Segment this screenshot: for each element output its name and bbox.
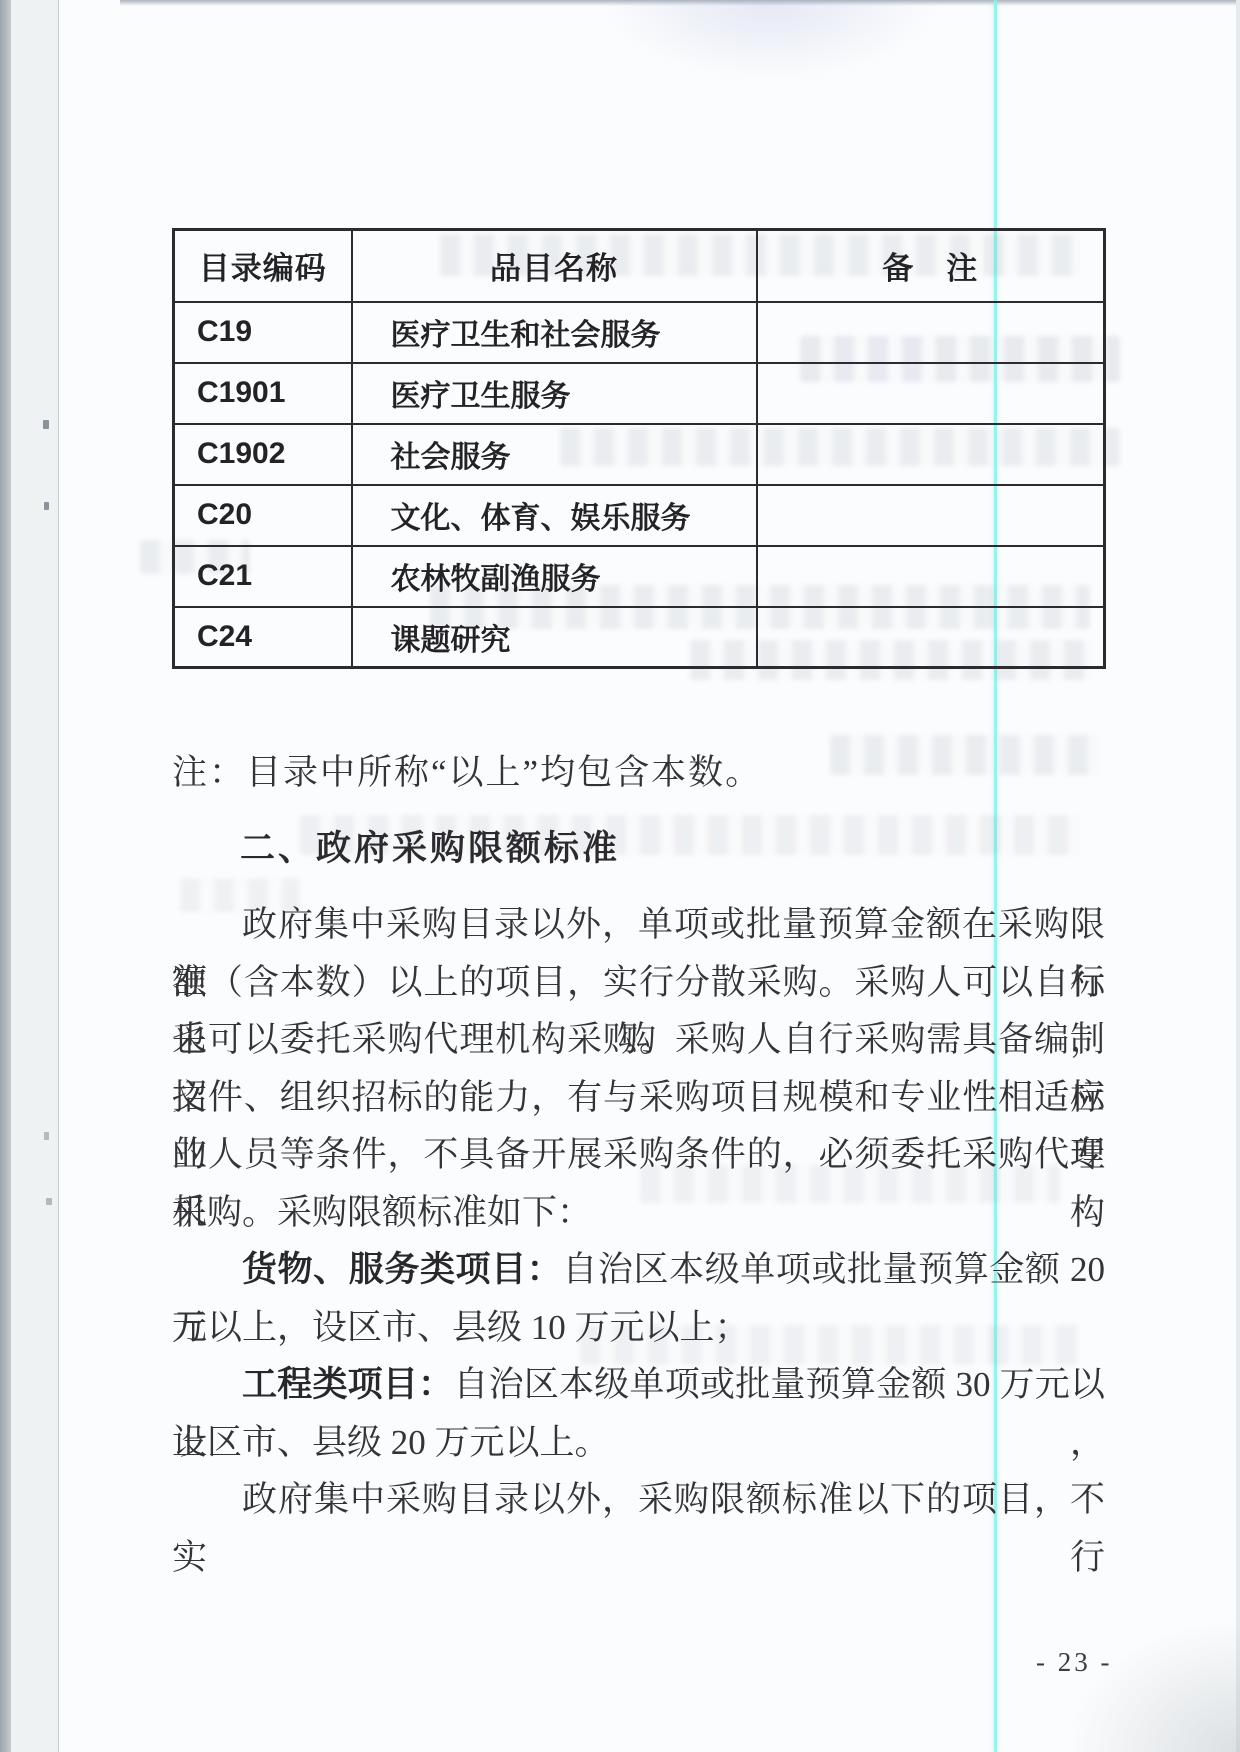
table-row: C21 农林牧副渔服务 (174, 546, 1105, 607)
table-row: C19 医疗卫生和社会服务 (174, 302, 1105, 363)
cell-name: 农林牧副渔服务 (352, 546, 757, 607)
cell-note (757, 546, 1105, 607)
table-row: C1901 医疗卫生服务 (174, 363, 1105, 424)
cell-code: C19 (174, 302, 352, 363)
cell-name: 课题研究 (352, 607, 757, 668)
text-line: 政府集中采购目录以外，采购限额标准以下的项目，不实行 (172, 1471, 1105, 1529)
text-line: 政府集中采购目录以外，单项或批量预算金额在采购限额标 (172, 896, 1105, 954)
text-line: 准（含本数）以上的项目，实行分散采购。采购人可以自行采购， (172, 954, 1105, 1012)
ink-speck (46, 1198, 52, 1205)
cell-note (757, 424, 1105, 485)
corner-shadow (1070, 1622, 1240, 1752)
top-ink-smudge (600, 0, 940, 80)
cell-note (757, 302, 1105, 363)
left-scan-edge (0, 0, 11, 1752)
bold-lead: 工程类项目： (242, 1365, 453, 1404)
cell-note (757, 485, 1105, 546)
ink-speck (43, 420, 49, 429)
cell-note (757, 363, 1105, 424)
table-row: C1902 社会服务 (174, 424, 1105, 485)
paragraph-limit-standard-intro: 政府集中采购目录以外，单项或批量预算金额在采购限额标 准（含本数）以上的项目，实… (172, 896, 1105, 1241)
ink-speck (44, 502, 49, 510)
text-line: 工程类项目：自治区本级单项或批量预算金额 30 万元以上， (172, 1356, 1105, 1414)
table-row: C24 课题研究 (174, 607, 1105, 668)
col-header-note: 备 注 (757, 230, 1105, 302)
col-header-code: 目录编码 (174, 230, 352, 302)
text-line: 业人员等条件，不具备开展采购条件的，必须委托采购代理机构 (172, 1126, 1105, 1184)
text-line: 元以上，设区市、县级 10 万元以上； (172, 1299, 1105, 1357)
cell-name: 社会服务 (352, 424, 757, 485)
paragraph-construction-limit: 工程类项目：自治区本级单项或批量预算金额 30 万元以上， 设区市、县级 20 … (172, 1356, 1105, 1471)
right-scan-edge (1236, 0, 1240, 1752)
cell-name: 医疗卫生服务 (352, 363, 757, 424)
text-line: 也可以委托采购代理机构采购。采购人自行采购需具备编制招标 (172, 1011, 1105, 1069)
cell-code: C20 (174, 485, 352, 546)
cell-code: C1902 (174, 424, 352, 485)
cell-name: 医疗卫生和社会服务 (352, 302, 757, 363)
table-row: C20 文化、体育、娱乐服务 (174, 485, 1105, 546)
col-header-name: 品目名称 (352, 230, 757, 302)
table-header-row: 目录编码 品目名称 备 注 (174, 230, 1105, 302)
paragraph-goods-services-limit: 货物、服务类项目：自治区本级单项或批量预算金额 20 万 元以上，设区市、县级 … (172, 1241, 1105, 1356)
ink-speck (44, 1132, 49, 1140)
section-heading: 二、政府采购限额标准 (240, 820, 620, 878)
catalog-table: 目录编码 品目名称 备 注 C19 医疗卫生和社会服务 C1901 医疗卫生服务… (172, 228, 1106, 669)
text-line: 货物、服务类项目：自治区本级单项或批量预算金额 20 万 (172, 1241, 1105, 1299)
cell-code: C24 (174, 607, 352, 668)
left-margin-band (11, 0, 59, 1752)
cell-name: 文化、体育、娱乐服务 (352, 485, 757, 546)
table-note: 注：目录中所称“以上”均包含本数。 (172, 744, 1105, 802)
cell-code: C1901 (174, 363, 352, 424)
scanned-document-page: 目录编码 品目名称 备 注 C19 医疗卫生和社会服务 C1901 医疗卫生服务… (0, 0, 1240, 1752)
cell-note (757, 607, 1105, 668)
cell-code: C21 (174, 546, 352, 607)
text-line: 文件、组织招标的能力，有与采购项目规模和专业性相适应的专 (172, 1069, 1105, 1127)
bold-lead: 货物、服务类项目： (242, 1250, 562, 1289)
page-number: - 23 - (1036, 1644, 1112, 1680)
paragraph-below-limit-intro: 政府集中采购目录以外，采购限额标准以下的项目，不实行 (172, 1471, 1105, 1529)
